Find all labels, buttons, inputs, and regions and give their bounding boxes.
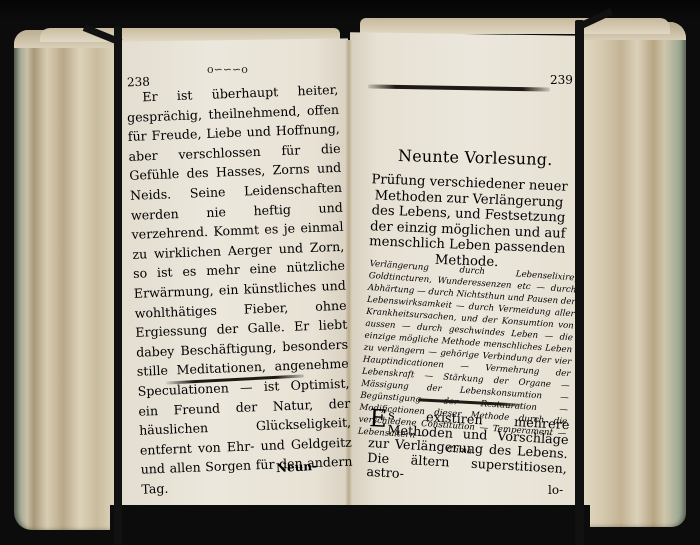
right-catchword: lo- [548,483,563,497]
book-photo: 238 o∽∽∽o Er ist überhaupt heiter, gespr… [0,0,700,545]
chapter-summary: Prüfung verschiedener neuer Methoden zur… [362,172,573,273]
left-page-block-edge [14,30,124,530]
bottom-shadow [110,505,590,545]
left-page-text: Er ist überhaupt heiter, gesprächig, the… [126,80,354,499]
drop-cap: E [369,408,388,429]
right-page-number: 239 [550,73,573,87]
right-elastic-band [575,20,584,545]
left-catchword: Neun- [276,459,318,475]
right-body-text: Es existiren mehrere Methoden und Vorsch… [366,408,570,492]
body-paragraph: s existiren mehrere Methoden und Vorschl… [366,408,570,482]
right-page-block-edge [578,22,686,527]
left-elastic-band [114,26,122,545]
chapter-title: Neunte Vorlesung. [398,146,553,169]
left-paragraph: Er ist überhaupt heiter, gesprächig, the… [126,80,354,499]
ornament-icon: o∽∽∽o [207,63,248,76]
right-top-page-edge [360,18,670,34]
